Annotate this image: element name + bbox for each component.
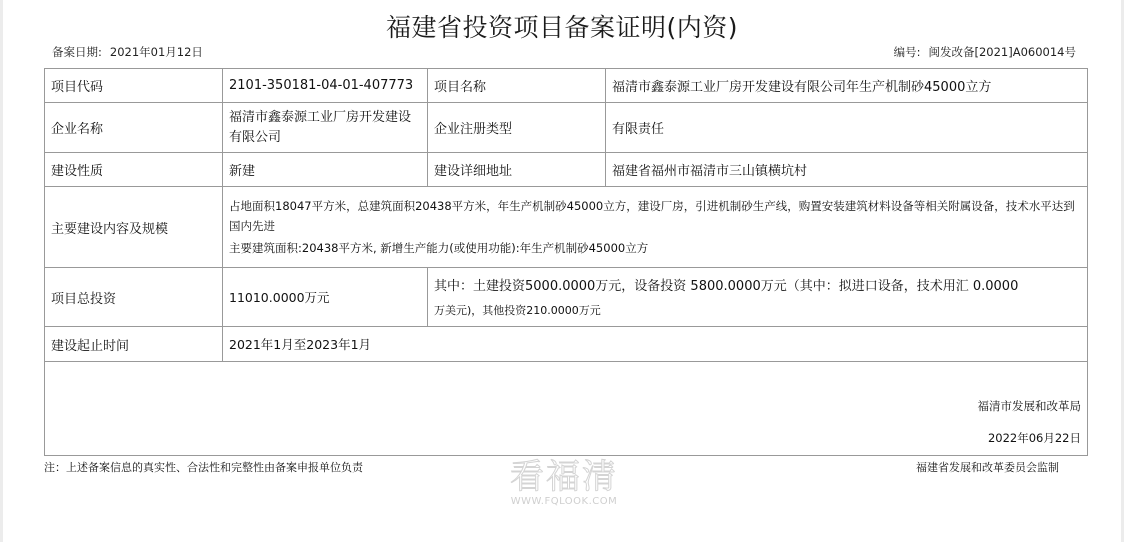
signature-cell: 福清市发展和改革局 2022年06月22日 [45,362,1088,456]
issuing-authority: 福清市发展和改革局 [978,398,1082,414]
investment-breakdown-line1: 其中：土建投资5000.0000万元，设备投资 5800.0000万元（其中：拟… [434,275,1081,299]
total-investment-value: 11010.0000万元 [223,268,428,327]
filing-date-label: 备案日期: [52,45,102,59]
record-table: 项目代码 2101-350181-04-01-407773 项目名称 福清市鑫泰… [44,68,1088,456]
construction-nature-label: 建设性质 [45,153,223,187]
scale-summary: 主要建筑面积:20438平方米, 新增生产能力(或使用功能):年生产机制砂450… [229,238,1081,258]
project-code-value: 2101-350181-04-01-407773 [223,69,428,103]
document-number: 编号:闽发改备[2021]A060014号 [894,44,1076,60]
supervisor-label: 福建省发展和改革委员会监制 [916,459,1059,475]
filing-date-value: 2021年01月12日 [110,45,203,59]
total-investment-label: 项目总投资 [45,268,223,327]
table-row: 企业名称 福清市鑫泰源工业厂房开发建设有限公司 企业注册类型 有限责任 [45,103,1088,153]
document-number-label: 编号: [894,45,921,59]
table-row: 项目代码 2101-350181-04-01-407773 项目名称 福清市鑫泰… [45,69,1088,103]
project-name-value: 福清市鑫泰源工业厂房开发建设有限公司年生产机制砂45000立方 [606,69,1088,103]
investment-breakdown: 其中：土建投资5000.0000万元，设备投资 5800.0000万元（其中：拟… [428,268,1088,327]
left-edge-strip [0,0,3,542]
project-name-label: 项目名称 [428,69,606,103]
watermark-url: WWW.FQLOOK.COM [494,496,634,507]
table-row: 福清市发展和改革局 2022年06月22日 [45,362,1088,456]
scale-label: 主要建设内容及规模 [45,187,223,268]
disclaimer-note: 注：上述备案信息的真实性、合法性和完整性由备案申报单位负责 [44,459,363,475]
table-row: 建设起止时间 2021年1月至2023年1月 [45,327,1088,362]
construction-nature-value: 新建 [223,153,428,187]
scale-text: 占地面积18047平方米，总建筑面积20438平方米，年生产机制砂45000立方… [229,196,1081,236]
filing-date: 备案日期:2021年01月12日 [52,44,203,60]
table-row: 主要建设内容及规模 占地面积18047平方米，总建筑面积20438平方米，年生产… [45,187,1088,268]
table-row: 建设性质 新建 建设详细地址 福建省福州市福清市三山镇横坑村 [45,153,1088,187]
table-row: 项目总投资 11010.0000万元 其中：土建投资5000.0000万元，设备… [45,268,1088,327]
address-value: 福建省福州市福清市三山镇横坑村 [606,153,1088,187]
project-code-label: 项目代码 [45,69,223,103]
watermark-text: 看福清 [494,458,634,496]
document-number-value: 闽发改备[2021]A060014号 [928,45,1076,59]
period-label: 建设起止时间 [45,327,223,362]
issue-date: 2022年06月22日 [988,430,1081,446]
period-value: 2021年1月至2023年1月 [223,327,1088,362]
registration-type-value: 有限责任 [606,103,1088,153]
address-label: 建设详细地址 [428,153,606,187]
watermark-logo: 看福清 WWW.FQLOOK.COM [494,458,634,507]
document-title: 福建省投资项目备案证明(内资) [0,8,1124,44]
investment-breakdown-line2: 万美元)，其他投资210.0000万元 [434,299,1081,323]
company-name-label: 企业名称 [45,103,223,153]
registration-type-label: 企业注册类型 [428,103,606,153]
company-name-value: 福清市鑫泰源工业厂房开发建设有限公司 [223,103,428,153]
scale-cell: 占地面积18047平方米，总建筑面积20438平方米，年生产机制砂45000立方… [223,187,1088,268]
